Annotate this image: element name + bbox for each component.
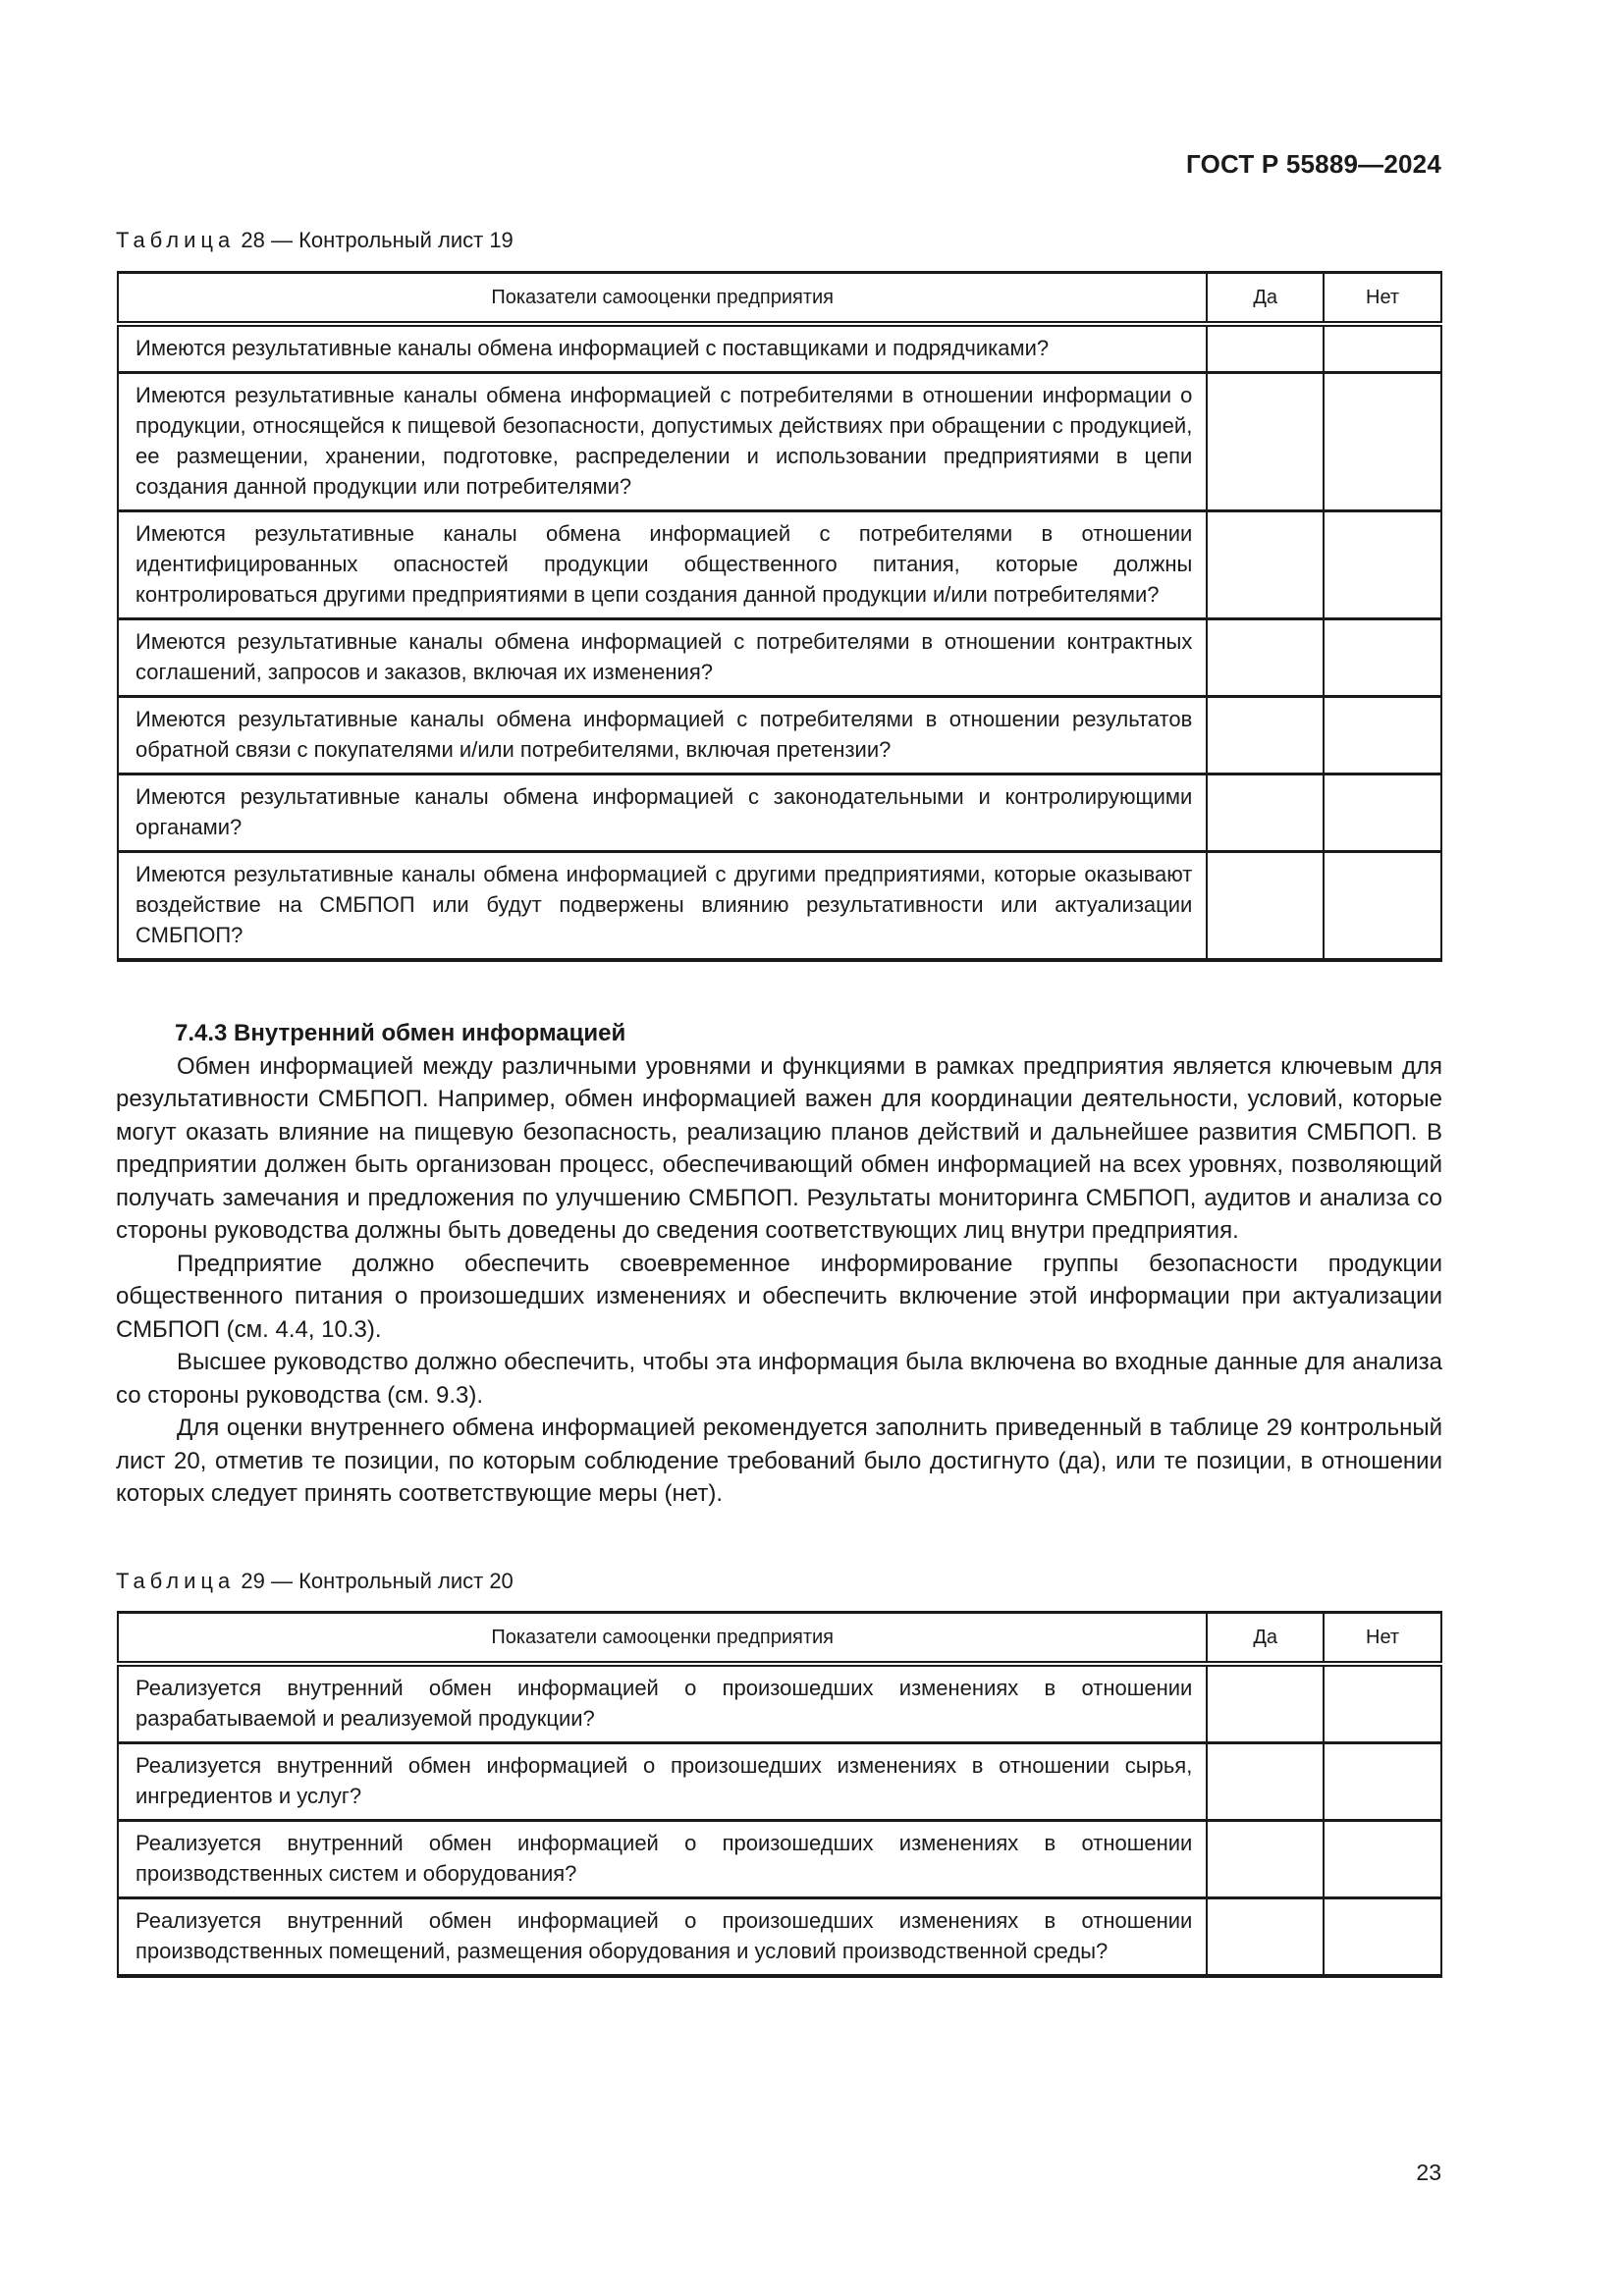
column-header-yes: Да	[1207, 273, 1324, 325]
question-cell: Имеются результативные каналы обмена инф…	[118, 373, 1207, 511]
section-heading: 7.4.3 Внутренний обмен информацией	[116, 1017, 1442, 1050]
yes-cell[interactable]	[1207, 1664, 1324, 1743]
no-cell[interactable]	[1324, 324, 1441, 373]
yes-cell[interactable]	[1207, 324, 1324, 373]
question-cell: Имеются результативные каналы обмена инф…	[118, 697, 1207, 774]
table-row: Имеются результативные каналы обмена инф…	[118, 697, 1441, 774]
table-row: Реализуется внутренний обмен информацией…	[118, 1821, 1441, 1898]
no-cell[interactable]	[1324, 852, 1441, 961]
yes-cell[interactable]	[1207, 373, 1324, 511]
no-cell[interactable]	[1324, 1743, 1441, 1821]
column-header-indicators: Показатели самооценки предприятия	[118, 1613, 1207, 1665]
yes-cell[interactable]	[1207, 619, 1324, 697]
no-cell[interactable]	[1324, 697, 1441, 774]
table-row: Имеются результативные каналы обмена инф…	[118, 852, 1441, 961]
yes-cell[interactable]	[1207, 1743, 1324, 1821]
table-row: Реализуется внутренний обмен информацией…	[118, 1664, 1441, 1743]
page-number: 23	[1416, 2160, 1441, 2186]
no-cell[interactable]	[1324, 1664, 1441, 1743]
checklist-table-20: Показатели самооценки предприятия Да Нет…	[117, 1611, 1442, 1978]
yes-cell[interactable]	[1207, 852, 1324, 961]
section-7-4-3: 7.4.3 Внутренний обмен информацией Обмен…	[116, 1017, 1442, 1511]
caption-prefix: Таблица	[116, 1569, 235, 1593]
column-header-indicators: Показатели самооценки предприятия	[118, 273, 1207, 325]
no-cell[interactable]	[1324, 373, 1441, 511]
table-row: Реализуется внутренний обмен информацией…	[118, 1743, 1441, 1821]
table-row: Реализуется внутренний обмен информацией…	[118, 1898, 1441, 1977]
column-header-yes: Да	[1207, 1613, 1324, 1665]
question-cell: Реализуется внутренний обмен информацией…	[118, 1664, 1207, 1743]
yes-cell[interactable]	[1207, 1898, 1324, 1977]
column-header-no: Нет	[1324, 273, 1441, 325]
question-cell: Имеются результативные каналы обмена инф…	[118, 852, 1207, 961]
no-cell[interactable]	[1324, 619, 1441, 697]
table-29-caption: Таблица 29 — Контрольный лист 20	[116, 1569, 514, 1594]
question-cell: Реализуется внутренний обмен информацией…	[118, 1743, 1207, 1821]
no-cell[interactable]	[1324, 1821, 1441, 1898]
table-row: Имеются результативные каналы обмена инф…	[118, 619, 1441, 697]
document-id: ГОСТ Р 55889—2024	[1186, 149, 1441, 180]
yes-cell[interactable]	[1207, 697, 1324, 774]
caption-text: 29 — Контрольный лист 20	[241, 1569, 513, 1593]
table-28-caption: Таблица 28 — Контрольный лист 19	[116, 228, 514, 253]
paragraph: Для оценки внутреннего обмена информацие…	[116, 1412, 1442, 1511]
column-header-no: Нет	[1324, 1613, 1441, 1665]
checklist-table-19: Показатели самооценки предприятия Да Нет…	[117, 271, 1442, 962]
table-row: Имеются результативные каналы обмена инф…	[118, 774, 1441, 852]
paragraph: Предприятие должно обеспечить своевремен…	[116, 1248, 1442, 1347]
table-row: Имеются результативные каналы обмена инф…	[118, 324, 1441, 373]
paragraph: Обмен информацией между различными уровн…	[116, 1050, 1442, 1248]
no-cell[interactable]	[1324, 511, 1441, 619]
yes-cell[interactable]	[1207, 511, 1324, 619]
caption-text: 28 — Контрольный лист 19	[241, 228, 513, 252]
no-cell[interactable]	[1324, 1898, 1441, 1977]
question-cell: Имеются результативные каналы обмена инф…	[118, 511, 1207, 619]
question-cell: Реализуется внутренний обмен информацией…	[118, 1821, 1207, 1898]
question-cell: Реализуется внутренний обмен информацией…	[118, 1898, 1207, 1977]
question-cell: Имеются результативные каналы обмена инф…	[118, 324, 1207, 373]
yes-cell[interactable]	[1207, 774, 1324, 852]
question-cell: Имеются результативные каналы обмена инф…	[118, 774, 1207, 852]
caption-prefix: Таблица	[116, 228, 235, 252]
table-row: Имеются результативные каналы обмена инф…	[118, 511, 1441, 619]
no-cell[interactable]	[1324, 774, 1441, 852]
yes-cell[interactable]	[1207, 1821, 1324, 1898]
question-cell: Имеются результативные каналы обмена инф…	[118, 619, 1207, 697]
paragraph: Высшее руководство должно обеспечить, чт…	[116, 1346, 1442, 1412]
table-row: Имеются результативные каналы обмена инф…	[118, 373, 1441, 511]
